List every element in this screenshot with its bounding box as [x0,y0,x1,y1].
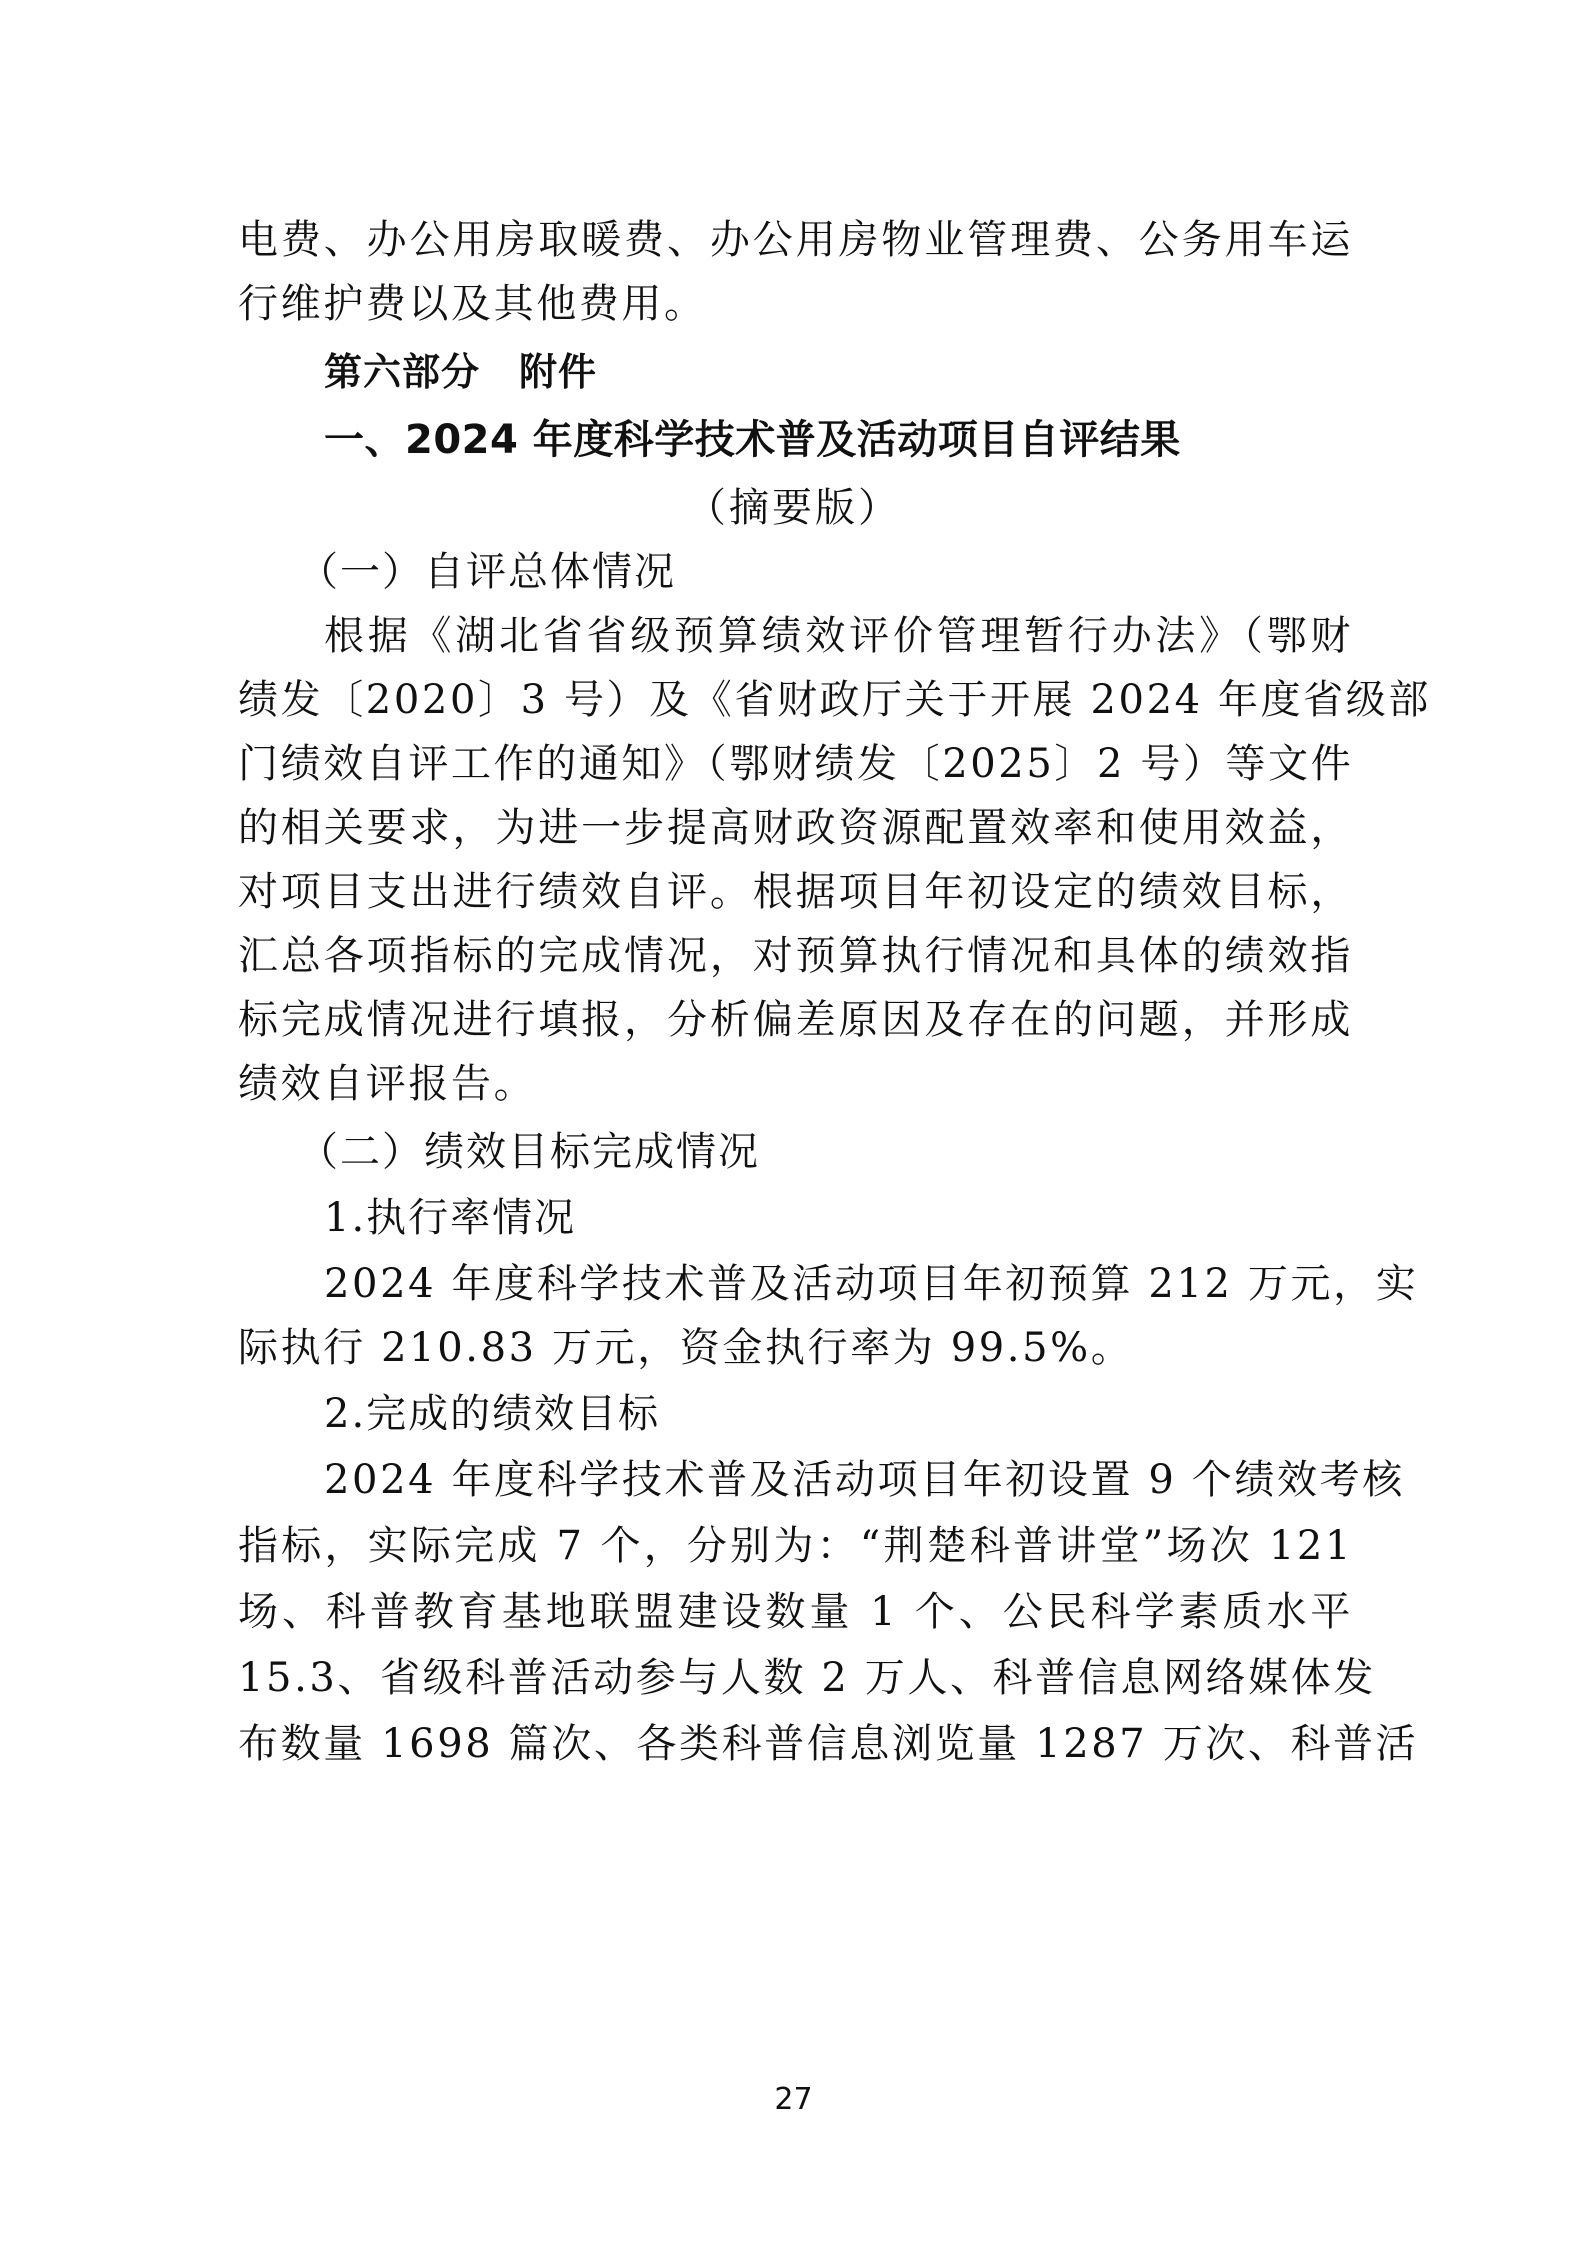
body-text-line: 际执行 210.83 万元，资金执行率为 99.5%。 [238,1316,1353,1380]
part-heading: 第六部分 附件 [238,340,1353,404]
item-heading: 2.完成的绩效目标 [238,1382,1353,1446]
body-text-line: 布数量 1698 篇次、各类科普信息浏览量 1287 万次、科普活 [238,1712,1353,1776]
summary-label: （摘要版） [0,476,1587,540]
body-text-line: 的相关要求，为进一步提高财政资源配置效率和使用效益， [238,796,1353,860]
body-text-line: 绩发〔2020〕3 号）及《省财政厅关于开展 2024 年度省级部 [238,668,1353,732]
body-text-line: 2024 年度科学技术普及活动项目年初预算 212 万元，实 [238,1252,1353,1316]
section-title: 一、2024 年度科学技术普及活动项目自评结果 [238,408,1353,472]
body-text-line: 门绩效自评工作的通知》（鄂财绩发〔2025〕2 号）等文件 [238,732,1353,796]
body-text-line: 对项目支出进行绩效自评。根据项目年初设定的绩效目标， [238,860,1353,924]
body-text-line: 标完成情况进行填报，分析偏差原因及存在的问题，并形成 [238,988,1353,1052]
body-text-line: 指标，实际完成 7 个，分别为：“荆楚科普讲堂”场次 121 [238,1514,1353,1578]
item-heading: 1.执行率情况 [238,1186,1353,1250]
body-text-line: 行维护费以及其他费用。 [238,272,1353,336]
body-text-line: 根据《湖北省省级预算绩效评价管理暂行办法》（鄂财 [238,604,1353,668]
body-text-line: 电费、办公用房取暖费、办公用房物业管理费、公务用车运 [238,208,1353,272]
body-text-line: 绩效自评报告。 [238,1052,1353,1116]
subsection-heading: （二）绩效目标完成情况 [238,1120,1327,1184]
body-text-line: 2024 年度科学技术普及活动项目年初设置 9 个绩效考核 [238,1448,1353,1512]
body-text-line: 汇总各项指标的完成情况，对预算执行情况和具体的绩效指 [238,924,1353,988]
body-text-line: 场、科普教育基地联盟建设数量 1 个、公民科学素质水平 [238,1580,1353,1644]
subsection-heading: （一）自评总体情况 [238,540,1327,604]
body-text-line: 15.3、省级科普活动参与人数 2 万人、科普信息网络媒体发 [238,1646,1353,1710]
document-page: 电费、办公用房取暖费、办公用房物业管理费、公务用车运 行维护费以及其他费用。 第… [0,0,1587,2245]
page-number: 27 [0,2082,1587,2117]
